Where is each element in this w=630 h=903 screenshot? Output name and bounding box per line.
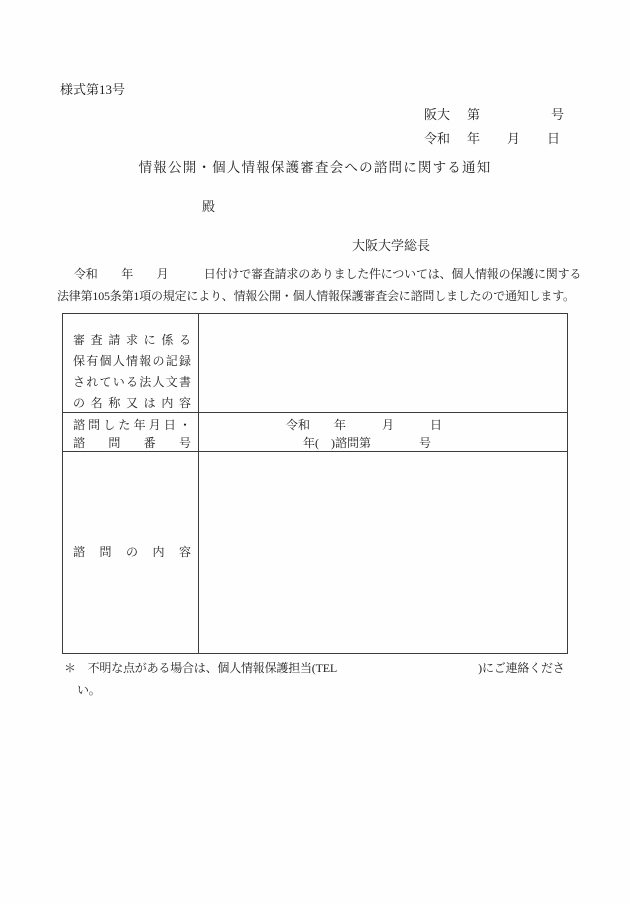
- body-paragraph-line-2: 法律第105条第1項の規定により、情報公開・個人情報保護審査会に諮問しましたので…: [57, 287, 575, 304]
- row3-label-line: 諮問の内容: [73, 542, 191, 563]
- date-month-label: 月: [507, 128, 520, 147]
- row1-label-line: の名称又は内容: [73, 393, 191, 414]
- row1-label-line: されている法人文書: [73, 372, 191, 393]
- table-row2-value-date-field: 令和 年 月 日 年( )諮問第 号: [199, 413, 567, 452]
- row1-label-line: 審査請求に係る: [73, 330, 191, 351]
- doc-number-prefix: 第: [467, 104, 480, 123]
- form-number: 様式第13号: [60, 79, 125, 98]
- body-paragraph-line-1: 令和 年 月 日付けで審査請求のありました件については、個人情報の保護に関する: [74, 265, 581, 282]
- addressee-suffix: 殿: [202, 196, 215, 215]
- date-era: 令和: [424, 128, 450, 147]
- footnote-line-1: ＊ 不明な点がある場合は、個人情報保護担当(TEL )にご連絡くださ: [64, 659, 565, 676]
- page-title: 情報公開・個人情報保護審査会への諮問に関する通知: [0, 156, 630, 176]
- table-row3-value-blank-field: [199, 452, 567, 653]
- document-page: 様式第13号 阪大 第 号 令和 年 月 日 情報公開・個人情報保護審査会への諮…: [0, 0, 630, 903]
- table-row2-label-consultation-date-number: 諮問した年月日・ 諮問番号: [63, 413, 199, 452]
- table-row1-value-blank-field: [199, 314, 567, 413]
- row2-value-date-line: 令和 年 月 日: [199, 416, 567, 434]
- notice-table: 審査請求に係る 保有個人情報の記録 されている法人文書 の名称又は内容 諮問した…: [62, 313, 568, 654]
- row2-label-line: 諮問番号: [73, 434, 191, 452]
- footnote-line-2: い。: [77, 681, 101, 698]
- date-day-label: 日: [547, 128, 560, 147]
- date-year-label: 年: [467, 128, 480, 147]
- row1-label-line: 保有個人情報の記録: [73, 351, 191, 372]
- doc-number-org: 阪大: [424, 104, 450, 123]
- table-row3-label-consultation-content: 諮問の内容: [63, 452, 199, 653]
- row2-value-number-line: 年( )諮問第 号: [199, 434, 567, 452]
- sender-name: 大阪大学総長: [352, 235, 430, 254]
- doc-number-suffix: 号: [551, 104, 564, 123]
- row2-label-line: 諮問した年月日・: [73, 416, 191, 434]
- table-row1-label-document-name: 審査請求に係る 保有個人情報の記録 されている法人文書 の名称又は内容: [63, 314, 199, 413]
